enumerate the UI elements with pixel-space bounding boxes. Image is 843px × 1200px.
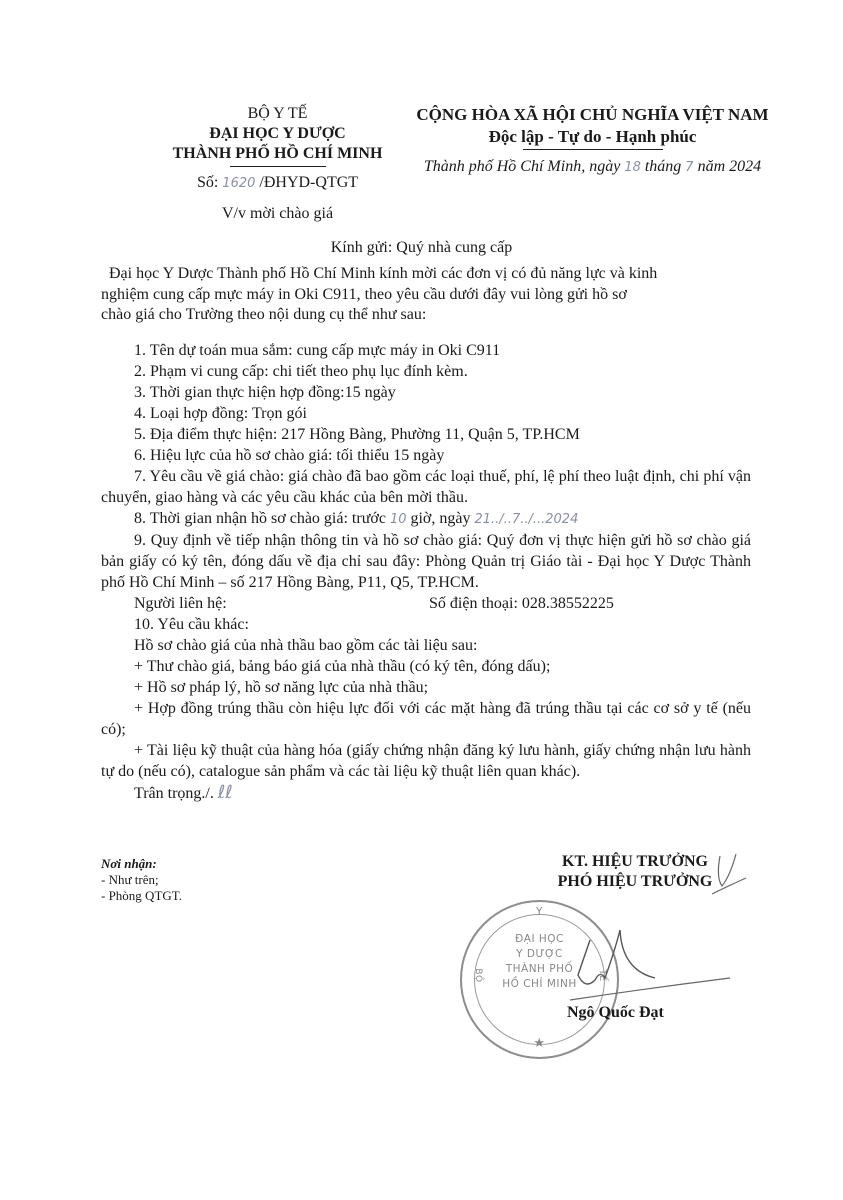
salutation: Kính gửi: Quý nhà cung cấp bbox=[0, 239, 843, 257]
contact-phone: Số điện thoại: 028.38552225 bbox=[429, 593, 614, 614]
document-number: Số: 1620 /ĐHYD-QTGT bbox=[150, 173, 405, 194]
document-requirement: + Hồ sơ pháp lý, hồ sơ năng lực của nhà … bbox=[101, 677, 751, 698]
handwritten-deadline-date: 21../..7../...2024 bbox=[475, 512, 579, 527]
handwritten-day: 18 bbox=[624, 160, 641, 175]
national-header: CỘNG HÒA XÃ HỘI CHỦ NGHĨA VIỆT NAM Độc l… bbox=[400, 104, 785, 179]
document-date: Thành phố Hồ Chí Minh, ngày 18 tháng 7 n… bbox=[400, 156, 785, 179]
list-item: 8. Thời gian nhận hồ sơ chào giá: trước … bbox=[101, 508, 751, 530]
list-item: 7. Yêu cầu về giá chào: giá chào đã bao … bbox=[101, 466, 751, 508]
issuer-header: BỘ Y TẾ ĐẠI HỌC Y DƯỢC THÀNH PHỐ HỒ CHÍ … bbox=[150, 104, 405, 224]
contact-line: Người liên hệ: Số điện thoại: 028.385522… bbox=[101, 593, 751, 614]
recipients-label: Nơi nhận: bbox=[101, 856, 182, 872]
motto-underline bbox=[523, 149, 663, 150]
signer-name: Ngô Quốc Đạt bbox=[567, 1004, 664, 1022]
university-name-line2: THÀNH PHỐ HỒ CHÍ MINH bbox=[150, 144, 405, 164]
initials-icon: ℓℓ bbox=[218, 782, 233, 803]
university-name-line1: ĐẠI HỌC Y DƯỢC bbox=[150, 124, 405, 144]
contact-person-label: Người liên hệ: bbox=[134, 593, 429, 614]
requirements-list: 1. Tên dự toán mua sắm: cung cấp mực máy… bbox=[101, 340, 751, 804]
list-item: 4. Loại hợp đồng: Trọn gói bbox=[101, 403, 751, 424]
handwritten-number: 1620 bbox=[222, 176, 255, 191]
ministry-name: BỘ Y TẾ bbox=[150, 104, 405, 124]
document-requirement: + Thư chào giá, bảng báo giá của nhà thầ… bbox=[101, 656, 751, 677]
closing: Trân trọng./. ℓℓ bbox=[101, 782, 751, 804]
handwritten-hour: 10 bbox=[390, 512, 407, 527]
list-item: 2. Phạm vi cung cấp: chi tiết theo phụ l… bbox=[101, 361, 751, 382]
list-item: 10. Yêu cầu khác: bbox=[101, 614, 751, 635]
documents-lead: Hồ sơ chào giá của nhà thầu bao gồm các … bbox=[101, 635, 751, 656]
recipient-item: - Phòng QTGT. bbox=[101, 888, 182, 904]
list-item: 5. Địa điểm thực hiện: 217 Hồng Bàng, Ph… bbox=[101, 424, 751, 445]
list-item: 9. Quy định về tiếp nhận thông tin và hồ… bbox=[101, 530, 751, 593]
document-requirement: + Hợp đồng trúng thầu còn hiệu lực đối v… bbox=[101, 698, 751, 740]
recipients: Nơi nhận: - Như trên; - Phòng QTGT. bbox=[101, 856, 182, 904]
recipient-item: - Như trên; bbox=[101, 872, 182, 888]
handwritten-month: 7 bbox=[685, 160, 693, 175]
intro-paragraph: Đại học Y Dược Thành phố Hồ Chí Minh kín… bbox=[101, 264, 751, 326]
list-item: 3. Thời gian thực hiện hợp đồng:15 ngày bbox=[101, 382, 751, 403]
list-item: 1. Tên dự toán mua sắm: cung cấp mực máy… bbox=[101, 340, 751, 361]
header-underline bbox=[230, 166, 326, 167]
national-motto: Độc lập - Tự do - Hạnh phúc bbox=[400, 126, 785, 148]
document-requirement: + Tài liệu kỹ thuật của hàng hóa (giấy c… bbox=[101, 740, 751, 782]
list-item: 6. Hiệu lực của hồ sơ chào giá: tối thiể… bbox=[101, 445, 751, 466]
nation-title: CỘNG HÒA XÃ HỘI CHỦ NGHĨA VIỆT NAM bbox=[400, 104, 785, 126]
signer-title: KT. HIỆU TRƯỞNG PHÓ HIỆU TRƯỞNG bbox=[520, 852, 750, 892]
document-subject: V/v mời chào giá bbox=[150, 204, 405, 224]
